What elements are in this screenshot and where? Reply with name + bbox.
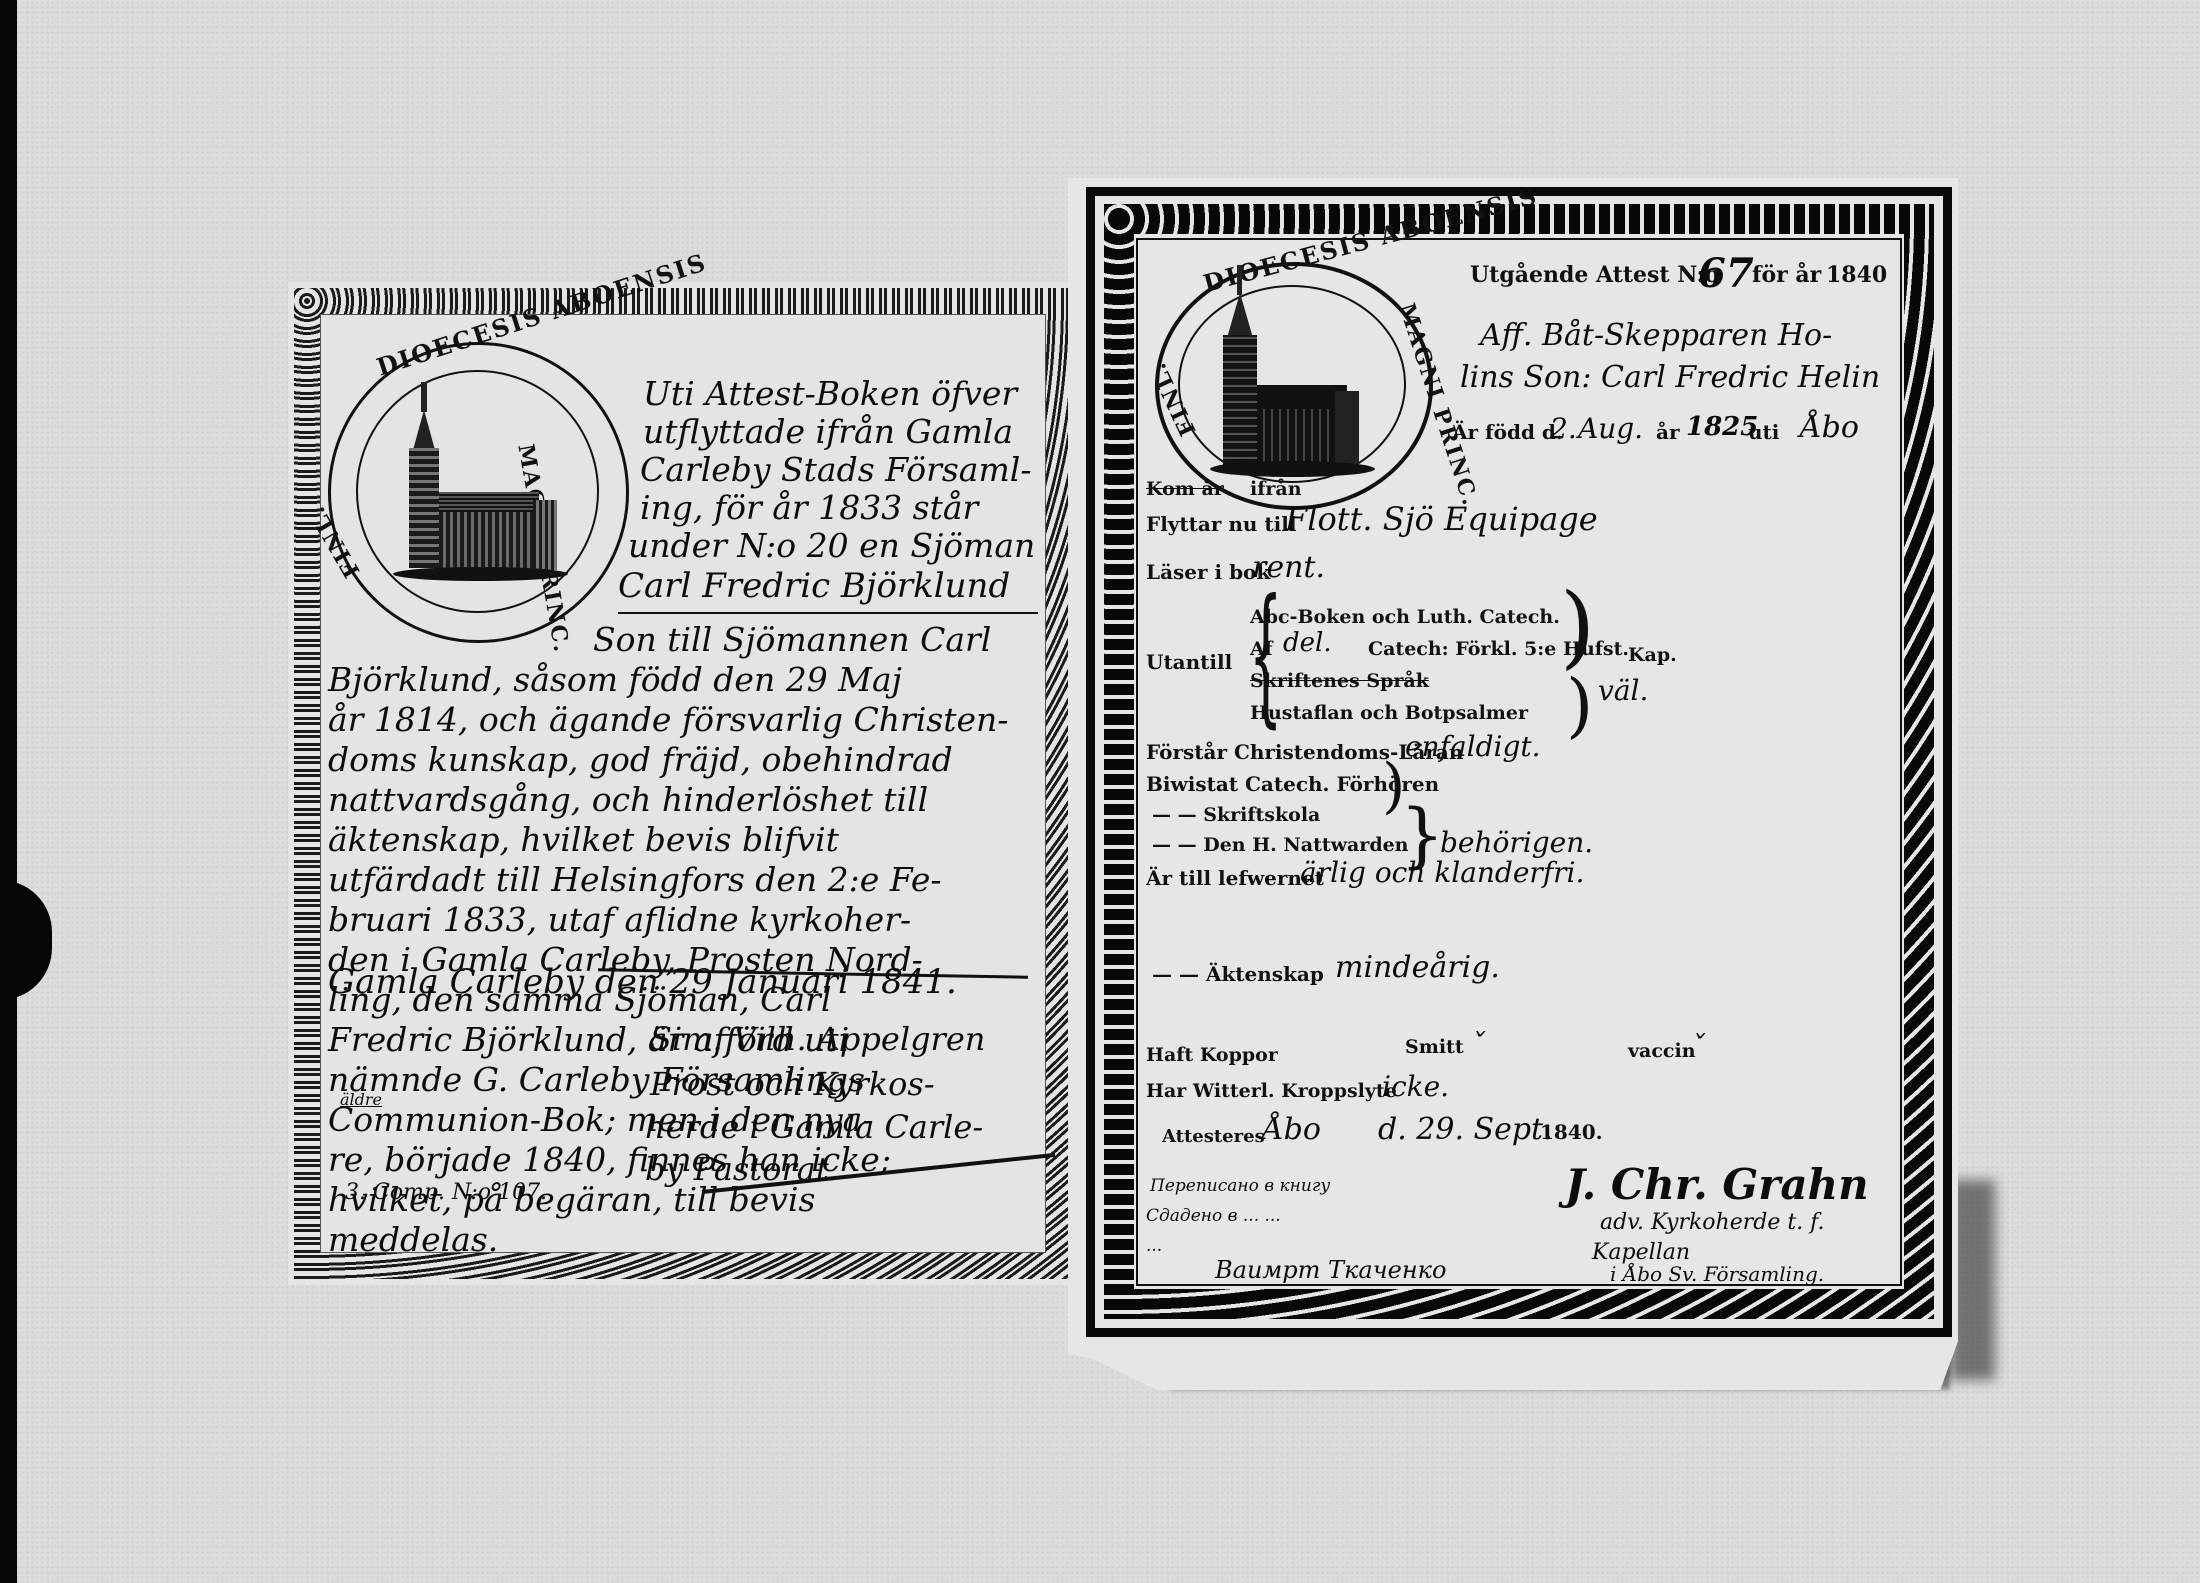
kom-ifran-label: ifrån — [1250, 478, 1302, 500]
utantill-label: Utantill — [1146, 650, 1232, 674]
church-engraving — [1205, 265, 1375, 480]
body-line: nattvardsgång, och hinderlöshet till — [328, 780, 928, 819]
right-brace: ) — [1560, 582, 1595, 672]
body-line: under N:o 20 en Sjöman — [628, 526, 1035, 565]
utantill-item: Hustaflan och Botpsalmer — [1250, 702, 1528, 724]
body-line: Uti Attest-Boken öfver — [643, 374, 1017, 413]
body-line: år 1814, och ägande försvarlig Christen- — [328, 700, 1008, 739]
signature-title: i Åbo Sv. Församling. — [1610, 1262, 1824, 1286]
forstar-value: enfaldigt. — [1405, 730, 1541, 763]
bivistat-sub-item: — — Den H. Nattwarden — [1152, 834, 1409, 856]
attest-header-label: Utgående Attest N:o — [1470, 262, 1719, 288]
witterl-label: Har Witterl. Kroppslyte — [1146, 1080, 1397, 1102]
vaccin-value: ˇ — [1690, 1030, 1705, 1065]
birth-month: Aug. — [1578, 412, 1643, 445]
attest-year-label: för år — [1752, 262, 1821, 288]
kom-ar-label: Kom år — [1146, 478, 1224, 500]
subject-line: lins Son: Carl Fredric Helin — [1460, 360, 1880, 395]
bivistat-value: behörigen. — [1440, 826, 1593, 859]
signature-title: adv. Kyrkoherde t. f. — [1600, 1210, 1825, 1235]
attest-number: 67 — [1698, 250, 1754, 297]
signature-line: herde i Gamla Carle- — [645, 1108, 983, 1146]
vaccin-label: vaccin — [1628, 1040, 1696, 1062]
smitt-label: Smitt — [1405, 1036, 1464, 1058]
birth-label: Är född d. — [1452, 420, 1563, 444]
subject-name: Carl Fredric Björklund — [618, 566, 1010, 606]
birth-place-label: uti — [1748, 420, 1779, 444]
koppor-label: Haft Koppor — [1146, 1044, 1278, 1066]
body-line: meddelas. — [328, 1220, 498, 1259]
attest-year: 1840 — [1826, 262, 1887, 288]
lefwerne-value: ärlig och klanderfri. — [1300, 856, 1584, 889]
flyttar-value: Flott. Sjö Equipage — [1285, 500, 1598, 538]
smitt-value: ˇ — [1470, 1028, 1485, 1063]
name-underline — [618, 612, 1038, 614]
birth-place: Åbo — [1800, 410, 1859, 445]
body-line: utfärdadt till Helsingfors den 2:e Fe- — [328, 860, 942, 899]
bivistat-sub-item: — — Skriftskola — [1152, 804, 1320, 826]
utantill-item-struck: Skriftenes Språk — [1250, 670, 1429, 692]
body-line: Carleby Stads Församl- — [640, 450, 1031, 489]
kap-label: Kap. — [1628, 644, 1677, 666]
attesteres-label: Attesteres — [1162, 1126, 1265, 1147]
footnote: 3. Comp. N:o 107. — [345, 1180, 547, 1205]
aktenskap-value: mindeårig. — [1335, 950, 1500, 985]
attesteres-place: Åbo — [1262, 1112, 1321, 1147]
birth-day: 2. — [1550, 412, 1577, 445]
flyttar-label: Flyttar nu till — [1146, 512, 1296, 536]
utantill-value: väl. — [1598, 674, 1648, 707]
cyrillic-note-line: ... — [1146, 1236, 1162, 1256]
witterl-value: icke. — [1382, 1070, 1449, 1103]
body-line: ing, för år 1833 står — [640, 488, 978, 527]
place-date: Gamla Carleby den 29 Januari 1841. — [328, 962, 957, 1002]
church-engraving — [383, 382, 573, 582]
utantill-inline-value: del. — [1283, 628, 1332, 658]
subject-line: Aff. Båt-Skepparen Ho- — [1480, 318, 1832, 353]
right-brace: ) — [1566, 670, 1593, 740]
body-line: utflyttade ifrån Gamla — [643, 412, 1013, 451]
lefwerne-label: Är till lefwernet — [1146, 866, 1324, 890]
utantill-item: Abc-Boken och Luth. Catech. — [1250, 606, 1560, 628]
body-line: Björklund, såsom född den 29 Maj — [328, 660, 902, 699]
attesteres-year: 1840. — [1540, 1120, 1603, 1144]
body-line: doms kunskap, god fräjd, obehindrad — [328, 740, 953, 779]
attesteres-date: d. 29. Sept. — [1378, 1112, 1553, 1147]
aktenskap-label: — — Äktenskap — [1152, 962, 1324, 986]
pastor-signature: J. Chr. Grahn — [1565, 1160, 1869, 1209]
birth-year-label: år — [1656, 420, 1680, 444]
scan-edge-strip — [0, 0, 17, 1583]
signature-line: Sim. Vilh. Appelgren — [650, 1020, 985, 1058]
cyrillic-signature: Ваимрт Ткаченко — [1215, 1256, 1446, 1284]
body-line: Son till Sjömannen Carl — [593, 620, 991, 659]
cyrillic-note-line: Переписано в книгу — [1150, 1176, 1330, 1196]
utantill-item: Af — [1250, 638, 1273, 660]
body-line: bruari 1833, utaf aflidne kyrkoher- — [328, 900, 911, 939]
body-line: äktenskap, hvilket bevis blifvit — [328, 820, 839, 859]
signature-line: Prost och Kyrkos- — [650, 1065, 935, 1103]
cyrillic-note-line: Сдадено в ... ... — [1146, 1206, 1281, 1226]
